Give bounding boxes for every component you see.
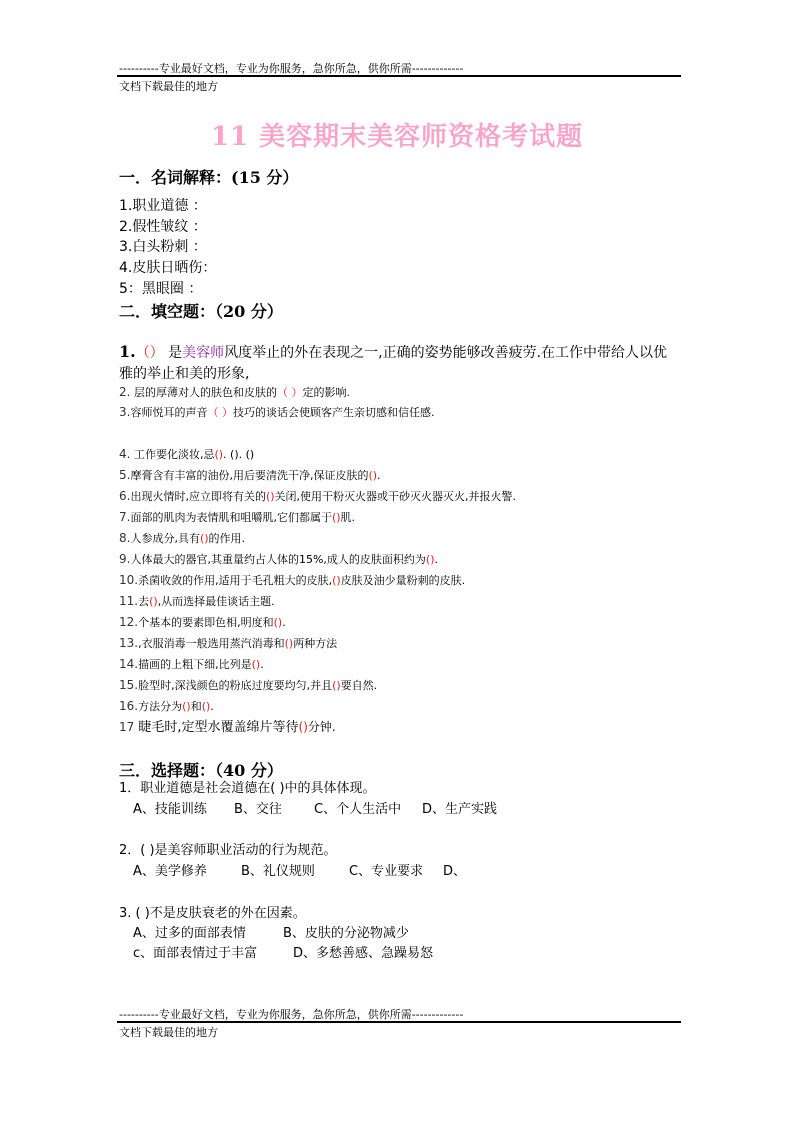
fill-question: 2. 层的厚薄对人的肤色和皮肤的（ ）定的影响. (119, 385, 350, 400)
blank-bracket: () (200, 532, 209, 545)
term-item: 1.职业道德 ： (119, 197, 207, 215)
blank-bracket: () (202, 700, 211, 713)
blank-bracket: () (285, 637, 294, 650)
fill-question: 6.出现火情时,应立即将有关的()关闭,使用干粉灭火器或干砂灭火器灭火,并报火警… (119, 489, 516, 504)
blank-bracket: () (252, 658, 261, 671)
document-page: ----------专业最好文档，专业为你服务，急你所急，供你所需-------… (0, 0, 794, 1123)
blank-bracket: () (368, 469, 377, 482)
option-a: A、过多的面部表情 (133, 926, 283, 942)
option-d: D、多愁善感、急躁易怒 (293, 946, 433, 962)
header-slogan: ----------专业最好文档，专业为你服务，急你所急，供你所需-------… (119, 62, 463, 75)
fill-question: 9.人体最大的器官,其重量约占人体的15%,成人的皮肤面积约为(). (119, 552, 438, 567)
option-c: C、个人生活中 (314, 802, 422, 818)
page-title: 11 美容期末美容师资格考试题 (0, 116, 794, 153)
option-d: D、生产实践 (422, 802, 497, 818)
blank-bracket: （） (136, 345, 164, 361)
section3-heading: 三．选择题：（40 分） (119, 758, 283, 781)
option-b: B、礼仪规则 (241, 864, 349, 880)
option-b: B、皮肤的分泌物减少 (283, 926, 409, 942)
choice-question-stem: 2．( )是美容师职业活动的行为规范。 (119, 843, 337, 859)
fill-question: 5.摩膏含有丰富的油份,用后要清洗干净,保证皮肤的(). (119, 468, 381, 483)
blank-bracket: () (332, 574, 341, 587)
fill-question: 8.人参成分,具有()的作用. (119, 531, 245, 546)
choice-options: A、技能训练B、交往C、个人生活中D、生产实践 (133, 802, 497, 818)
fill-question: 11.去(),从而选择最佳谈话主题. (119, 594, 275, 609)
option-a: A、美学修养 (133, 864, 241, 880)
term-item: 5：黑眼圈 ： (119, 280, 202, 298)
fill-question: 14.描画的上粗下细,比列是(). (119, 657, 264, 672)
blank-bracket: （ ） (277, 386, 303, 399)
fill-question: 16.方法分为()和(). (119, 699, 214, 714)
fill-question: 17 睫毛时,定型水覆盖绵片等待()分钟. (119, 720, 336, 735)
header-rule (117, 75, 681, 77)
option-d: D、 (443, 864, 466, 880)
fill-question: 12.个基本的要素即色相,明度和(). (119, 615, 286, 630)
fill-question: 15.脸型时,深浅颜色的粉底过度要均匀,并且()要自然. (119, 678, 377, 693)
blank-bracket: () (182, 700, 191, 713)
blank-bracket: () (426, 553, 435, 566)
fill-question: 7.面部的肌肉为表情肌和咀嚼肌,它们都属于()肌. (119, 510, 355, 525)
fill-question-1: 1.（） 是美容师风度举止的外在表现之一,正确的姿势能够改善疲劳.在工作中带给人… (119, 341, 679, 385)
blank-bracket: () (274, 616, 283, 629)
option-a: A、技能训练 (133, 802, 234, 818)
fill-question: 4. 工作要化淡妆,忌(). (). () (119, 447, 254, 462)
blank-bracket: () (149, 595, 158, 608)
question-number: 1. (119, 342, 136, 361)
blank-bracket: () (332, 679, 341, 692)
footer-rule (117, 1021, 681, 1023)
choice-question-stem: 1．职业道德是社会道德在( )中的具体体现。 (119, 781, 376, 797)
footer-subtitle: 文档下载最佳的地方 (119, 1026, 218, 1039)
option-c: c、面部表情过于丰富 (133, 946, 293, 962)
choice-options: A、美学修养B、礼仪规则C、专业要求D、 (133, 864, 466, 880)
term-item: 2.假性皱纹 ： (119, 218, 207, 236)
fill-question: 3.容师悦耳的声音（ ）技巧的谈话会使顾客产生亲切感和信任感. (119, 405, 434, 420)
footer-slogan: ----------专业最好文档，专业为你服务，急你所急，供你所需-------… (119, 1008, 463, 1021)
highlight-term: 美容师 (182, 345, 224, 361)
section2-heading: 二．填空题：（20 分） (119, 299, 283, 322)
blank-bracket: () (266, 490, 275, 503)
term-item: 4.皮肤日晒伤： (119, 259, 216, 277)
blank-bracket: （ ） (207, 406, 233, 419)
term-item: 3.白头粉刺 ： (119, 238, 207, 256)
header-subtitle: 文档下载最佳的地方 (119, 80, 218, 93)
fill-question: 10.杀菌收敛的作用,适用于毛孔粗大的皮肤,()皮肤及油少量粉刺的皮肤. (119, 573, 465, 588)
blank-bracket: () (332, 511, 341, 524)
fill-question: 13.,衣服消毒一般选用蒸汽消毒和()两种方法 (119, 636, 337, 651)
choice-question-stem: 3. ( )不是皮肤衰老的外在因素。 (119, 906, 306, 922)
option-b: B、交往 (234, 802, 314, 818)
choice-options: c、面部表情过于丰富D、多愁善感、急躁易怒 (133, 946, 433, 962)
blank-bracket: () (214, 448, 223, 461)
choice-options: A、过多的面部表情B、皮肤的分泌物减少 (133, 926, 409, 942)
blank-bracket: () (299, 720, 308, 734)
option-c: C、专业要求 (349, 864, 443, 880)
section1-heading: 一．名词解释：(15 分） (119, 165, 298, 188)
